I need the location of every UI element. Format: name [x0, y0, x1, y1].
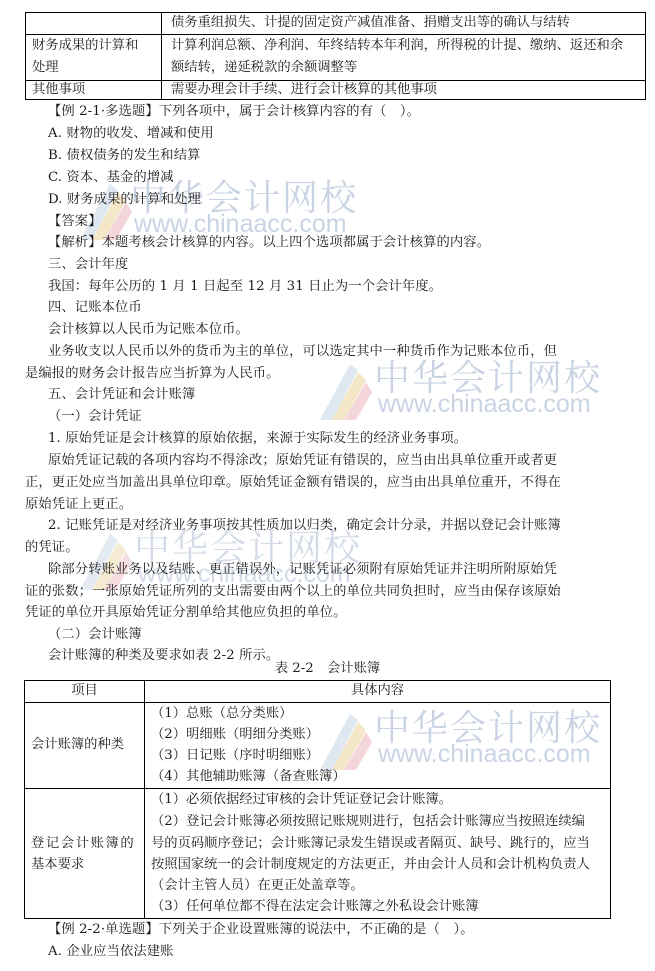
table-header: 项目 [25, 680, 144, 702]
accounting-content-table: 债务重组损失、计提的固定资产减值准备、捐赠支出等的确认与结转 财务成果的计算和 … [25, 12, 646, 100]
table-cell-content: 需要办理会计手续、进行会计核算的其他事项 [171, 79, 437, 101]
table-caption: 表 2-2 会计账簿 [0, 659, 655, 679]
analysis-text: 【解析】本题考核会计核算的内容。以上四个选项都属于会计核算的内容。 [48, 233, 490, 253]
table-cell-content: 号的页码顺序登记；会计账簿记录发生错误或者隔页、缺号、跳行的，应当 [151, 833, 590, 855]
table-cell-content: 按照国家统一的会计制度规定的方法更正，并由会计人员和会计机构负责人 [151, 854, 590, 876]
table-cell-content: （1）总账（总分类账） [151, 703, 292, 725]
paragraph: 原始凭证上更正。 [25, 495, 132, 515]
example-question: 【例 2-2·单选题】下列关于企业设置账簿的说法中，不正确的是（ ）。 [48, 920, 474, 940]
example-option: A. 财物的收发、增减和使用 [48, 124, 214, 144]
paragraph: 正，更正处应当加盖出具单位印章。原始凭证金额有错误的，应当由出具单位重开，不得在 [25, 473, 561, 493]
paragraph: 2. 记账凭证是对经济业务事项按其性质加以归类，确定会计分录，并据以登记会计账簿 [48, 516, 561, 536]
paragraph: 是编报的财务会计报告应当折算为人民币。 [25, 364, 280, 384]
answer-label: 【答案】 [48, 212, 102, 232]
paragraph: 会计核算以人民币为记账本位币。 [48, 320, 249, 340]
watermark: 中华会计网校 www.chinaacc.com [310, 350, 600, 430]
table-cell-item: 登记会计账簿的 [31, 833, 135, 855]
column-divider [161, 13, 162, 99]
table-cell-content: （1）必须依据经过审核的会计凭证登记会计账簿。 [151, 789, 452, 811]
paragraph: 凭证的单位开具原始凭证分割单给其他应负担的单位。 [25, 603, 347, 623]
table-cell-content: 计算利润总额、净利润、年终结转本年利润，所得税的计提、缴纳、返还和余 [171, 35, 623, 57]
subsection-heading: （一）会计凭证 [48, 407, 142, 427]
table-cell-item: 基本要求 [31, 854, 84, 876]
table-cell-item: 会计账簿的种类 [31, 734, 124, 756]
table-cell-content: （2）明细账（明细分类账） [151, 724, 319, 746]
paragraph: 证的张数；一张原始凭证所列的支出需要由两个以上的单位共同负担时，应当由保存该原始 [25, 582, 561, 602]
watermark-logo-icon [310, 358, 380, 428]
paragraph: 的凭证。 [25, 538, 79, 558]
example-option: B. 债权债务的发生和结算 [48, 146, 201, 166]
paragraph: 除部分转账业务以及结账、更正错误外，记账凭证必须附有原始凭证并注明所附原始凭 [48, 560, 557, 580]
subsection-heading: （二）会计账簿 [48, 625, 142, 645]
section-heading: 四、记账本位币 [48, 298, 142, 318]
table-cell-content: （3）日记账（序时明细账） [151, 745, 319, 767]
example-option: C. 资本、基金的增减 [48, 168, 174, 188]
account-books-table: 项目 具体内容 会计账簿的种类 （1）总账（总分类账） （2）明细账（明细分类账… [24, 680, 611, 919]
table-cell-content: 额结转，递延税款的余额调整等 [171, 57, 357, 79]
table-cell-content: （2）登记会计账簿必须按照记账规则进行，包括会计账簿应当按照连续编 [151, 811, 585, 833]
column-divider [144, 681, 145, 918]
table-cell-item: 财务成果的计算和 [32, 35, 138, 57]
section-heading: 三、会计年度 [48, 255, 128, 275]
table-cell-content: （会计主管人员）在更正处盖章等。 [151, 875, 364, 897]
table-cell-content: 债务重组损失、计提的固定资产减值准备、捐赠支出等的确认与结转 [171, 12, 570, 34]
example-question: 【例 2-1·多选题】下列各项中，属于会计核算内容的有（ ）。 [48, 102, 420, 122]
table-cell-item: 处理 [32, 57, 59, 79]
example-option: A. 企业应当依法建账 [48, 942, 174, 962]
table-cell-content: （4）其他辅助账簿（备查账簿） [151, 766, 346, 788]
paragraph: 业务收支以人民币以外的货币为主的单位，可以选定其中一种货币作为记账本位币，但 [48, 342, 557, 362]
paragraph: 1. 原始凭证是会计核算的原始依据，来源于实际发生的经济业务事项。 [48, 429, 467, 449]
row-divider [25, 702, 610, 703]
example-option: D. 财务成果的计算和处理 [48, 190, 201, 210]
watermark-url: www.chinaacc.com [378, 390, 591, 419]
table-cell-content: （3）任何单位都不得在法定会计账簿之外私设会计账簿 [151, 896, 479, 918]
paragraph: 我国：每年公历的 1 月 1 日起至 12 月 31 日止为一个会计年度。 [48, 277, 442, 297]
section-heading: 五、会计凭证和会计账簿 [48, 385, 195, 405]
table-header: 具体内容 [145, 680, 610, 702]
table-cell-item: 其他事项 [32, 79, 85, 101]
paragraph: 原始凭证记载的各项内容均不得涂改；原始凭证有错误的，应当由出具单位重开或者更 [48, 451, 557, 471]
